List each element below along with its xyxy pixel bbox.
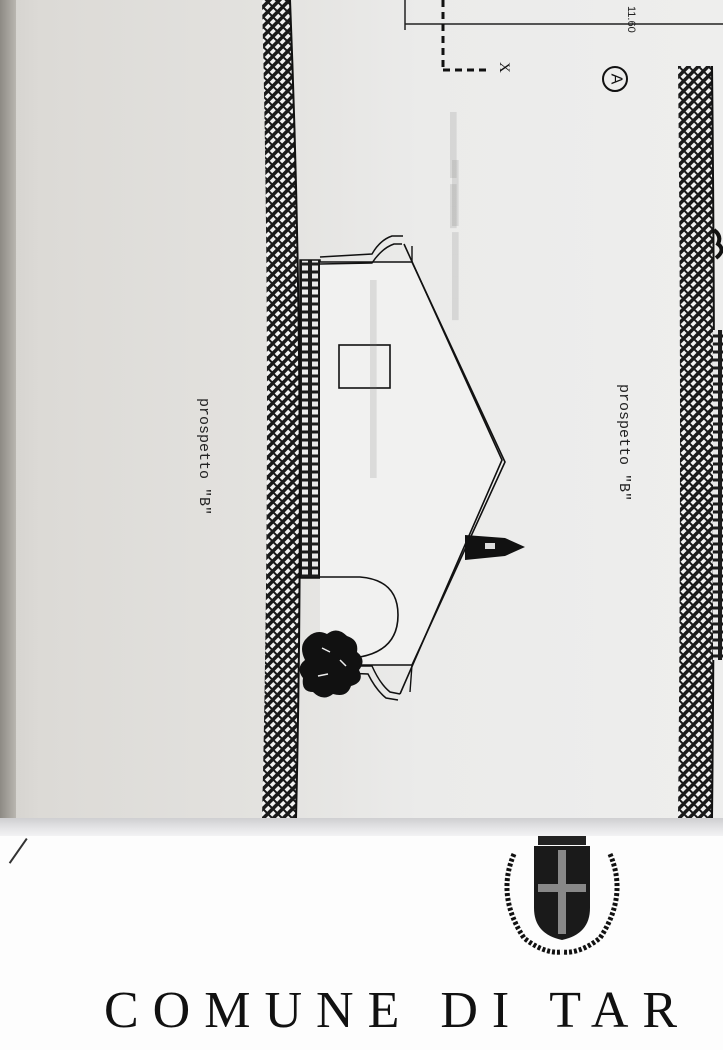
bleed-through-text: ▬▬▬ ▬▬▬▬: [446, 160, 472, 320]
bush: [299, 630, 362, 697]
letterhead-title: COMUNE DI TAR: [104, 985, 691, 1037]
bleed-through-text: ▬▬▬▬▬▬▬▬▬: [364, 280, 390, 478]
drawing-sheet-photo: ▬▬▬ ▬▬ ▬▬▬ ▬▬▬▬ ▬▬▬▬▬▬▬▬▬ 11.60 X A pros…: [0, 0, 723, 818]
municipal-coat-of-arms-icon: [494, 836, 630, 958]
section-marker-x: X: [495, 62, 512, 73]
dimension-label: 11.60: [625, 6, 637, 33]
detail-callout-a: A: [602, 66, 628, 92]
elevation-label-right: prospetto "B": [615, 384, 632, 501]
page-divider: [0, 818, 723, 836]
pen-stroke-mark: [9, 838, 28, 864]
elevation-label-left: prospetto "B": [195, 398, 212, 515]
ground-hatch-right: [678, 66, 714, 818]
